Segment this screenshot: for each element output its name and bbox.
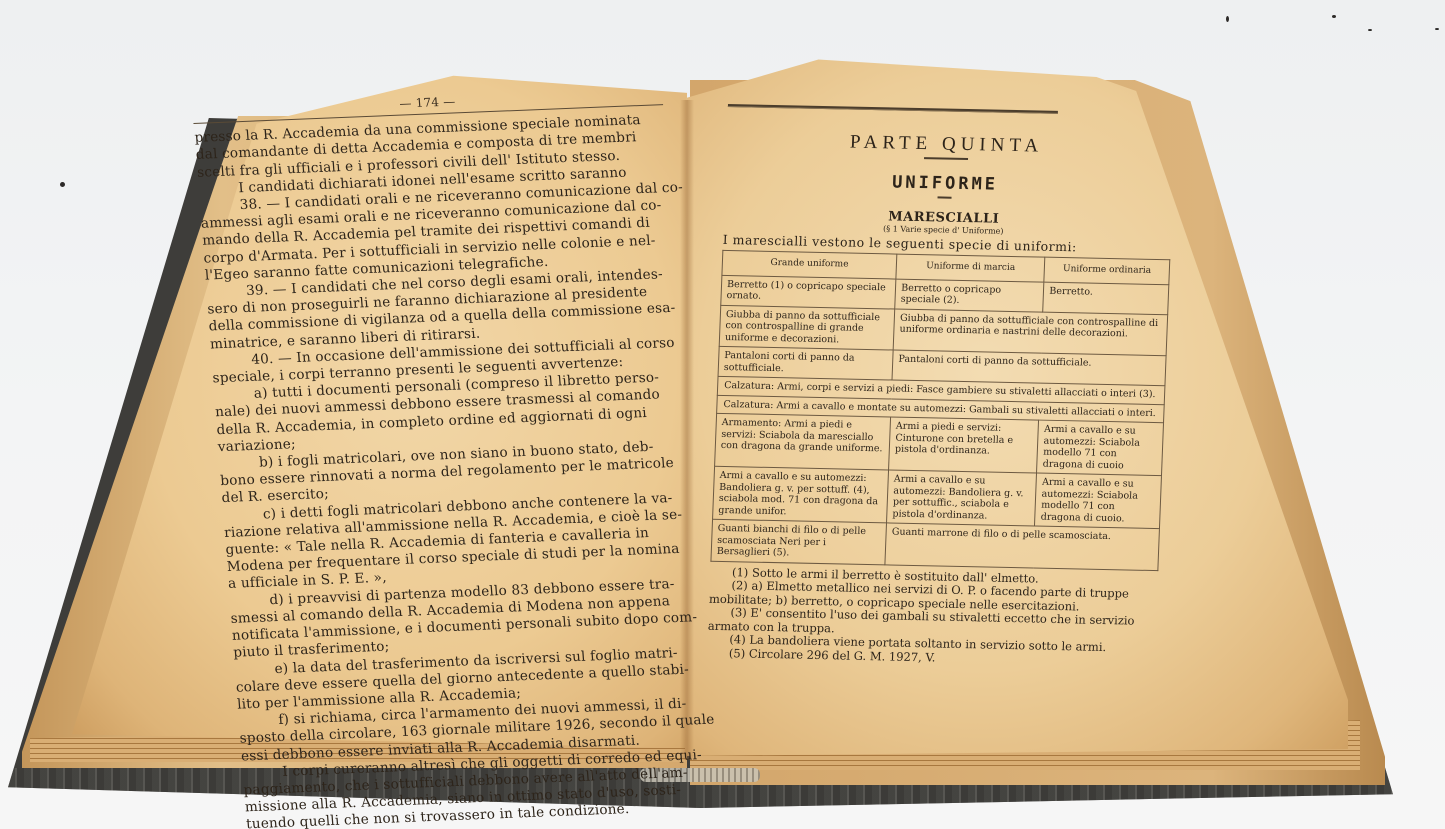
right-page-text: PARTE QUINTA UNIFORME MARESCIALLI (§ 1 V… (707, 104, 1168, 670)
table-cell: Berretto o copricapo speciale (2). (895, 279, 1044, 312)
table-cell: Guanti marrone di filo o di pelle scamos… (885, 523, 1159, 570)
table-cell: Armi a cavallo e su automezzi: Sciabola … (1035, 473, 1162, 529)
table-row: Armamento: Armi a piedi e servizi: Sciab… (715, 413, 1164, 475)
table-cell: Armamento: Armi a piedi e servizi: Sciab… (715, 413, 891, 470)
table-header: Uniforme ordinaria (1044, 257, 1170, 284)
table-row: Guanti bianchi di filo o di pelle scamos… (711, 519, 1159, 570)
left-page-text: — 174 — presso la R. Accademia da una co… (192, 85, 717, 829)
table-header: Uniforme di marcia (896, 254, 1045, 282)
dust-speck (1332, 15, 1336, 18)
dust-speck (1368, 29, 1372, 31)
part-title: PARTE QUINTA (726, 129, 1167, 160)
title-dash (924, 157, 968, 160)
table-cell: Armi a cavallo e su automezzi: Sciabola … (1037, 420, 1164, 476)
table-header: Grande uniforme (722, 250, 897, 278)
table-cell: Berretto (1) o copricapo speciale ornato… (721, 275, 896, 309)
table-row: Armi a cavallo e su automezzi: Bandolier… (713, 466, 1162, 528)
dust-speck (60, 182, 65, 187)
table-cell: Guanti bianchi di filo o di pelle scamos… (711, 519, 887, 564)
table-body: Berretto (1) o copricapo speciale ornato… (711, 275, 1169, 570)
uniform-table: Grande uniforme Uniforme di marcia Unifo… (710, 250, 1170, 571)
dust-speck (1226, 16, 1229, 22)
table-cell: Berretto. (1043, 282, 1169, 315)
left-page-body: presso la R. Accademia da una commission… (194, 111, 717, 829)
table-cell: Giubba di panno da sottufficiale con con… (893, 309, 1167, 356)
section-title: UNIFORME (725, 169, 1166, 198)
footnotes: (1) Sotto le armi il berretto è sostitui… (707, 565, 1191, 670)
table-cell: Pantaloni corti di panno da sottufficial… (718, 346, 893, 380)
table-cell: Armi a piedi e servizi: Cinturone con br… (889, 417, 1039, 473)
table-cell: Armi a cavallo e su automezzi: Bandolier… (887, 470, 1037, 526)
table-cell: Armi a cavallo e su automezzi: Bandolier… (713, 466, 889, 523)
title-dash (937, 196, 951, 198)
table-cell: Giubba di panno da sottufficiale con con… (719, 305, 895, 350)
dust-speck (1435, 28, 1439, 30)
